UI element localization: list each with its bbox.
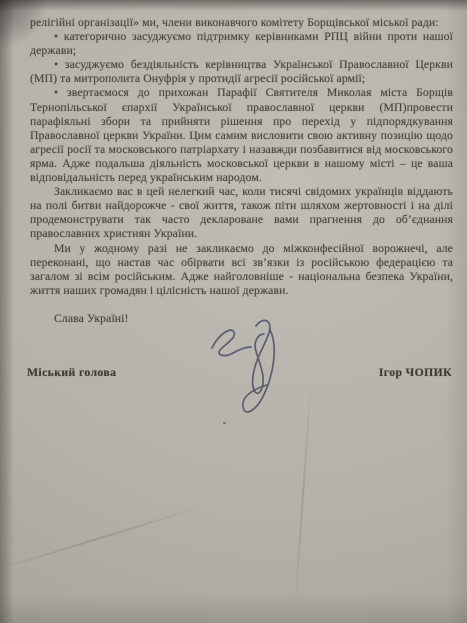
- document-page-text: релігійні організації» ми, члени виконав…: [30, 16, 453, 422]
- document-body: релігійні організації» ми, члени виконав…: [30, 16, 453, 298]
- paper-speck: [223, 422, 226, 424]
- signer-name: Ігор ЧОПИК: [379, 366, 452, 380]
- paragraph: релігійні організації» ми, члени виконав…: [30, 16, 453, 30]
- paragraph: • категорично засуджуємо підтримку керів…: [30, 30, 453, 58]
- signature-block: Міський голова Ігор ЧОПИК: [30, 350, 453, 422]
- paragraph: Закликаємо вас в цей нелегкий час, коли …: [30, 185, 453, 241]
- paragraph: Ми у жодному разі не закликаємо до міжко…: [30, 242, 453, 298]
- handwritten-signature-icon: [200, 318, 296, 422]
- paragraph: • засуджуємо бездіяльність керівництва У…: [30, 58, 453, 86]
- signer-position-title: Міський голова: [27, 366, 116, 380]
- paper-crease: [0, 504, 207, 573]
- document-photo: релігійні організації» ми, члени виконав…: [0, 0, 467, 623]
- paragraph: • звертаємося до прихожан Парафії Святит…: [30, 86, 453, 185]
